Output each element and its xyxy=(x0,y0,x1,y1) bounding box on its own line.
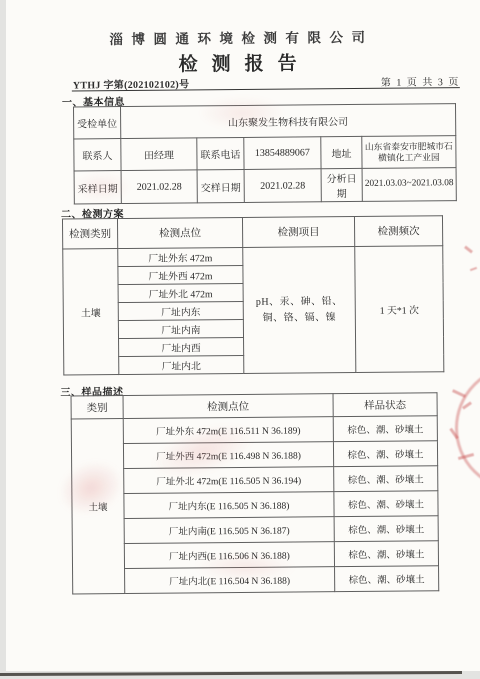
sample-status-cell: 棕色、潮、砂壤土 xyxy=(334,541,438,567)
table-header-row: 类别 检测点位 样品状态 xyxy=(71,393,437,419)
plan-point-cell: 厂址外东 472m xyxy=(118,247,243,266)
plan-col-header-frequency: 检测频次 xyxy=(354,216,442,247)
plan-frequency-cell: 1 天*1 次 xyxy=(355,246,444,373)
phone-value: 13854889067 xyxy=(244,137,321,170)
plan-col-header-items: 检测项目 xyxy=(242,216,354,247)
sample-col-header-point: 检测点位 xyxy=(123,394,333,419)
sample-status-cell: 棕色、潮、砂壤土 xyxy=(334,491,438,517)
plan-category-cell: 土壤 xyxy=(63,249,119,375)
sample-status-cell: 棕色、潮、砂壤土 xyxy=(333,441,437,467)
analysis-date-value: 2021.03.03~2021.03.08 xyxy=(362,168,456,202)
address-value: 山东省泰安市肥城市石横镇化工产业园 xyxy=(362,136,456,169)
delivery-date-value: 2021.02.28 xyxy=(244,169,321,203)
sample-col-header-category: 类别 xyxy=(71,396,123,419)
delivery-date-label: 交样日期 xyxy=(197,169,244,202)
sample-point-cell: 厂址内东(E 116.505 N 36.188) xyxy=(124,492,334,519)
scan-bottom-edge xyxy=(0,671,462,676)
plan-items-cell: pH、汞、砷、铅、铜、铬、镉、镍 xyxy=(243,246,356,373)
plan-col-header-category: 检测类别 xyxy=(62,219,117,249)
sample-status-cell: 棕色、潮、砂壤土 xyxy=(334,516,438,542)
sample-col-header-status: 样品状态 xyxy=(333,393,437,417)
plan-point-cell: 厂址内南 xyxy=(118,319,243,338)
plan-point-cell: 厂址外北 472m xyxy=(118,283,243,302)
plan-point-cell: 厂址外西 472m xyxy=(118,265,243,284)
plan-point-cell: 厂址内西 xyxy=(119,337,244,356)
table-row: 联系人 田经理 联系电话 13854889067 地址 山东省泰安市肥城市石横镇… xyxy=(74,136,456,171)
table-row: 厂址内东(E 116.505 N 36.188) 棕色、潮、砂壤土 xyxy=(72,491,438,519)
sample-status-cell: 棕色、潮、砂壤土 xyxy=(334,466,438,492)
watermark-ghost xyxy=(72,172,132,202)
analysis-date-label: 分析日期 xyxy=(321,168,362,201)
table-header-row: 检测类别 检测点位 检测项目 检测频次 xyxy=(62,216,442,249)
test-plan-table: 检测类别 检测点位 检测项目 检测频次 土壤 厂址外东 472m pH、汞、砷、… xyxy=(62,215,444,375)
contact-label: 联系人 xyxy=(74,139,121,171)
plan-point-cell: 厂址内东 xyxy=(118,301,243,320)
table-row: 厂址外北 472m(E 116.505 N 36.194) 棕色、潮、砂壤土 xyxy=(72,466,438,494)
watermark-ghost xyxy=(198,96,286,130)
table-row: 厂址内南(E 116.505 N 36.187) 棕色、潮、砂壤土 xyxy=(72,516,438,544)
address-label: 地址 xyxy=(321,136,362,168)
unit-value: 山东聚发生物科技有限公司 xyxy=(120,104,455,139)
plan-point-cell: 厂址内北 xyxy=(119,355,244,374)
watermark-ghost xyxy=(193,552,297,582)
company-name: 淄博圆通环境检测有限公司 xyxy=(0,25,477,49)
contact-value: 田经理 xyxy=(121,138,197,171)
sample-status-cell: 棕色、潮、砂壤土 xyxy=(335,566,439,592)
sample-status-cell: 棕色、潮、砂壤土 xyxy=(333,416,437,442)
table-row: 土壤 厂址外东 472m pH、汞、砷、铅、铜、铬、镉、镍 1 天*1 次 xyxy=(63,246,443,267)
unit-label: 受检单位 xyxy=(73,107,120,139)
plan-col-header-point: 检测点位 xyxy=(117,217,242,248)
table-row: 厂址外西 472m(E 116.498 N 36.188) 棕色、潮、砂壤土 xyxy=(71,441,437,469)
sample-point-cell: 厂址内南(E 116.505 N 36.187) xyxy=(124,517,334,544)
phone-label: 联系电话 xyxy=(197,137,244,169)
sampling-date-value: 2021.02.28 xyxy=(121,170,197,204)
